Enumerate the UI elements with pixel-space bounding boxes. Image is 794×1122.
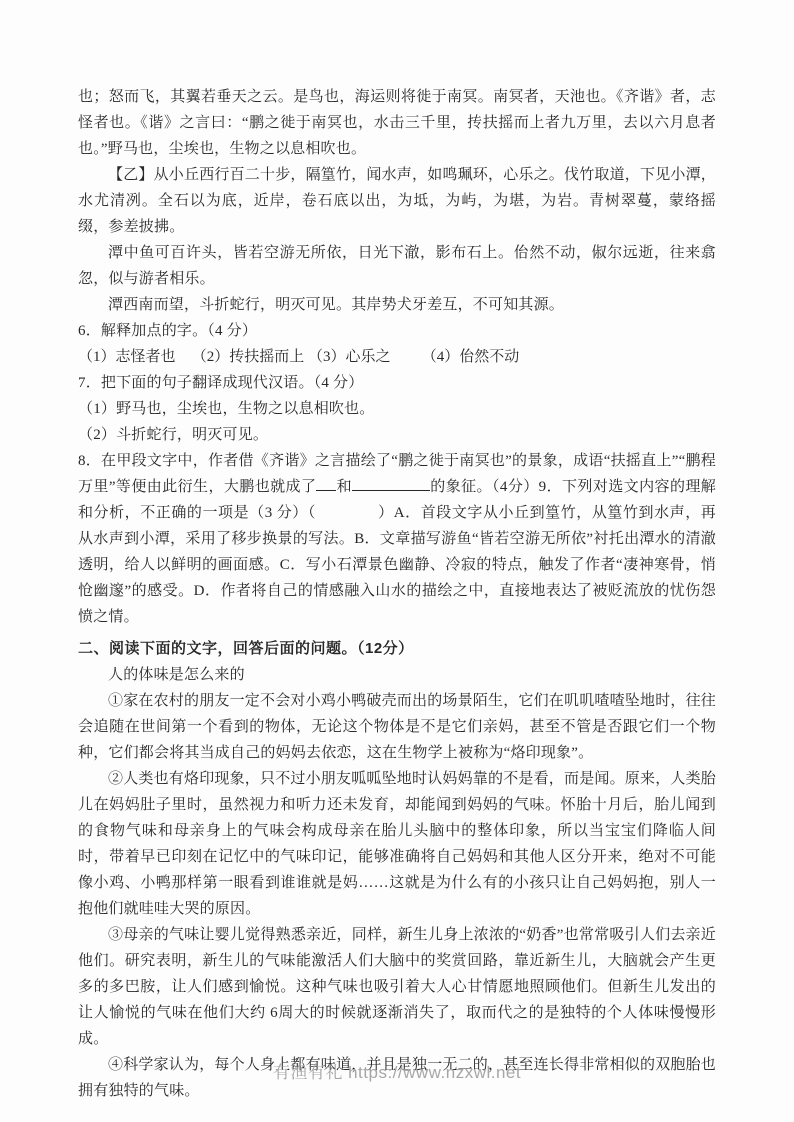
question-6-option-4: （4）佁然不动 — [422, 344, 520, 370]
reading-passage-title: 人的体味是怎么来的 — [78, 662, 716, 688]
passage-yi-paragraph-1: 【乙】从小丘西行百二十步，隔篁竹，闻水声，如鸣珮环，心乐之。伐竹取道，下见小潭，… — [78, 162, 716, 240]
question-6-options: （1）志怪者也 （2）抟扶摇而上 （3）心乐之 （4）佁然不动 — [78, 344, 716, 370]
reading-passage-paragraph-1: ①家在农村的朋友一定不会对小鸡小鸭破壳而出的场景陌生，它们在叽叽喳喳坠地时，往往… — [78, 688, 716, 766]
reading-passage-paragraph-2: ②人类也有烙印现象，只不过小朋友呱呱坠地时认妈妈靠的不是看，而是闻。原来，人类胎… — [78, 766, 716, 922]
question-6-option-3: （3）心乐之 — [308, 344, 418, 370]
question-7-item-1: （1）野马也，尘埃也，生物之以息相吹也。 — [78, 396, 716, 422]
passage-yi-paragraph-2: 潭中鱼可百许头，皆若空游无所依，日光下澈，影布石上。佁然不动，俶尔远逝，往来翕忽… — [78, 240, 716, 292]
passage-yi-paragraph-3: 潭西南而望，斗折蛇行，明灭可见。其岸势犬牙差互，不可知其源。 — [78, 292, 716, 318]
question-7-stem: 7．把下面的句子翻译成现代汉语。（4 分） — [78, 370, 716, 396]
watermark-footer: 有渔有礼 https://www.nzxwl.net — [0, 1058, 794, 1083]
answer-blank-short — [316, 476, 336, 491]
question-7-item-2: （2）斗折蛇行，明灭可见。 — [78, 422, 716, 448]
reading-passage-paragraph-3: ③母亲的气味让婴儿觉得熟悉亲近，同样，新生儿身上浓浓的“奶香”也常常吸引人们去亲… — [78, 922, 716, 1052]
question-6-option-2: （2）抟扶摇而上 — [192, 344, 305, 370]
answer-blank-long — [352, 476, 430, 491]
question-6-option-1: （1）志怪者也 — [78, 344, 188, 370]
section-2-heading: 二、阅读下面的文字，回答后面的问题。（12分） — [78, 636, 716, 662]
exam-page: 也；怒而飞，其翼若垂天之云。是鸟也，海运则将徙于南冥。南冥者，天池也。《齐谐》者… — [78, 84, 716, 1104]
passage-jia-continuation: 也；怒而飞，其翼若垂天之云。是鸟也，海运则将徙于南冥。南冥者，天池也。《齐谐》者… — [78, 84, 716, 162]
question-8-9-text-after-blank: 的象征。（4分）9．下列对选文内容的理解和分析，不正确的一项是（3 分）（ ）A… — [78, 479, 716, 625]
question-6-stem: 6．解释加点的字。（4 分） — [78, 318, 716, 344]
question-8-and-text: 和 — [336, 479, 352, 495]
question-8-9-block: 8．在甲段文字中，作者借《齐谐》之言描绘了“鹏之徙于南冥也”的景象，成语“扶摇直… — [78, 448, 716, 630]
